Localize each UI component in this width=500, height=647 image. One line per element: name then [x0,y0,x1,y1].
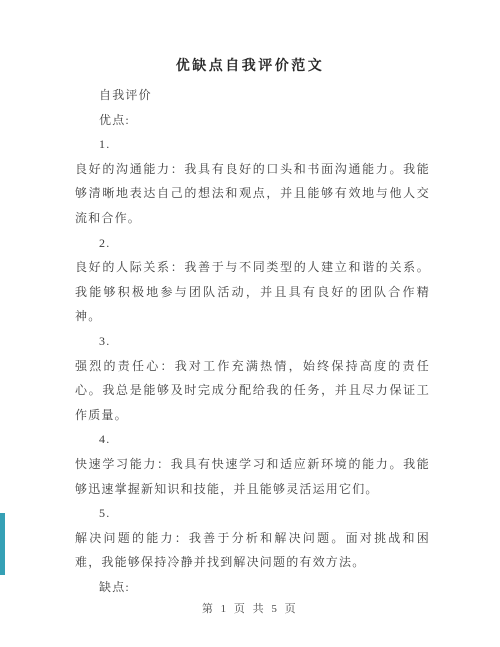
item-number-3: 3. [75,329,430,354]
item-paragraph-1: 良好的沟通能力：我具有良好的口头和书面沟通能力。我能够清晰地表达自己的想法和观点… [75,157,430,231]
item-number-2: 2. [75,231,430,256]
section-label-self-evaluation: 自我评价 [75,83,430,108]
page-title: 优缺点自我评价范文 [0,0,500,75]
item-paragraph-2: 良好的人际关系：我善于与不同类型的人建立和谐的关系。我能够积极地参与团队活动，并… [75,255,430,329]
item-paragraph-3: 强烈的责任心：我对工作充满热情，始终保持高度的责任心。我总是能够及时完成分配给我… [75,354,430,428]
document-page: 优缺点自我评价范文 自我评价 优点: 1. 良好的沟通能力：我具有良好的口头和书… [0,0,500,647]
left-edge-accent-bar [0,513,5,575]
item-number-5: 5. [75,501,430,526]
page-number-footer: 第 1 页 共 5 页 [0,600,500,616]
section-label-strengths: 优点: [75,108,430,133]
item-number-1: 1. [75,132,430,157]
item-paragraph-4: 快速学习能力：我具有快速学习和适应新环境的能力。我能够迅速掌握新知识和技能，并且… [75,452,430,501]
item-number-4: 4. [75,427,430,452]
document-body: 自我评价 优点: 1. 良好的沟通能力：我具有良好的口头和书面沟通能力。我能够清… [75,83,430,599]
section-label-weaknesses: 缺点: [75,575,430,600]
item-paragraph-5: 解决问题的能力：我善于分析和解决问题。面对挑战和困难，我能够保持冷静并找到解决问… [75,526,430,575]
